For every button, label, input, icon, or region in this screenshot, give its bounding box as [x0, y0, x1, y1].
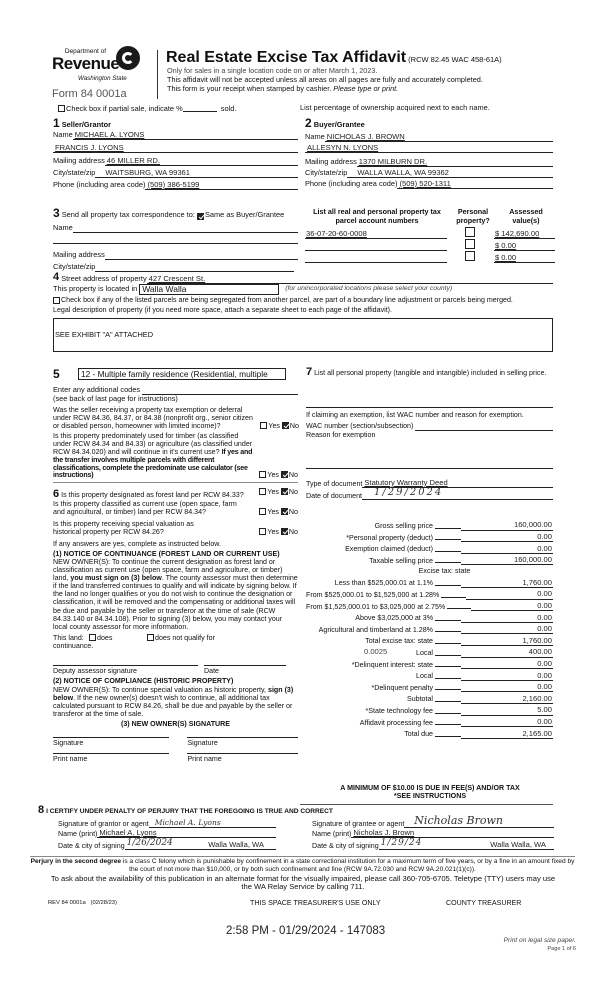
q5-1-yes-checkbox[interactable]: [260, 422, 267, 429]
deputy-date-field[interactable]: Date: [204, 665, 286, 676]
revision-label: REV 84 0001a (02/28/23): [48, 900, 117, 907]
q6-3-yes-checkbox[interactable]: [259, 528, 266, 535]
personal-property-checkbox[interactable]: [465, 227, 475, 237]
grantee-name-field[interactable]: Nicholas J. Brown: [351, 828, 554, 838]
tax-row: Taxable selling price160,000.00: [306, 554, 553, 566]
q5-1-no-checkbox[interactable]: [282, 422, 289, 429]
form-number: Form 84 0001a: [52, 88, 127, 101]
ownership-note: List percentage of ownership acquired ne…: [300, 104, 490, 113]
personal-property-field[interactable]: [306, 378, 553, 408]
revenue-swirl-icon: [116, 46, 140, 70]
seller-section: 1 Seller/Grantor NameMICHAEL A. LYONS FR…: [53, 116, 298, 190]
seller-name1-field[interactable]: MICHAEL A. LYONS: [73, 130, 298, 140]
segregated-checkbox[interactable]: [53, 297, 60, 304]
use-code-select[interactable]: 12 - Multiple family residence (Resident…: [78, 368, 286, 380]
parcel-number-field[interactable]: 36-07-20-60-0008: [305, 229, 447, 239]
property-street-field[interactable]: 427 Crescent St.: [147, 274, 553, 284]
correspondence-mailing-field[interactable]: [105, 259, 298, 260]
tax-row: *State technology fee5.00: [306, 704, 553, 716]
tax-value: 0.00: [466, 589, 553, 599]
buyer-phone-field[interactable]: (509) 520-1311: [397, 179, 553, 189]
grantor-name-field[interactable]: Michael A. Lyons: [97, 828, 276, 838]
exemption-reason-field[interactable]: [306, 439, 553, 469]
tax-value: 0.00: [461, 613, 553, 623]
buyer-section: 2 Buyer/Grantee NameNICHOLAS J. BROWN AL…: [305, 116, 553, 189]
header-divider: [157, 50, 158, 99]
perjury-note: Perjury in the second degree is a class …: [30, 856, 575, 873]
tax-value: 2,165.00: [461, 729, 553, 739]
tax-calculation: Gross selling price160,000.00*Personal p…: [306, 519, 553, 739]
tax-value: 160,000.00: [461, 520, 553, 530]
tax-value: 5.00: [461, 705, 553, 715]
q6-1-no-checkbox[interactable]: [281, 488, 288, 495]
correspondence-section: 3 Send all property tax correspondence t…: [53, 204, 298, 272]
tax-row: From $1,525,000.01 to $3,025,000 at 2.75…: [306, 600, 553, 612]
correspondence-name-field[interactable]: [73, 232, 298, 233]
assessed-value-field[interactable]: $ 142,690.00: [494, 229, 555, 239]
local-rate: 0.0025: [364, 647, 387, 656]
tax-row: Above $3,025,000 at 3%0.00: [306, 611, 553, 623]
tax-row: Total due2,165.00: [306, 727, 553, 739]
print-note: Print on legal size paper.: [504, 937, 576, 945]
personal-property-checkbox[interactable]: [465, 251, 475, 261]
grantee-signature-field[interactable]: Nicholas Brown: [404, 814, 554, 828]
tax-row: Subtotal2,160.00: [306, 692, 553, 704]
section7: 7 List all personal property (tangible a…: [306, 368, 553, 500]
partial-sale-percent-input[interactable]: [183, 104, 217, 112]
accessibility-note: To ask about the availability of this pu…: [48, 875, 558, 891]
page-number: Page 1 of 6: [547, 946, 576, 953]
personal-property-checkbox[interactable]: [465, 239, 475, 249]
tax-value: 0.00: [461, 624, 553, 634]
land-does-checkbox[interactable]: [89, 634, 96, 641]
wac-number-field[interactable]: [415, 430, 553, 431]
treasurer-use-label: THIS SPACE TREASURER'S USE ONLY: [250, 899, 381, 908]
q6-2-yes-checkbox[interactable]: [259, 508, 266, 515]
seller-city-field[interactable]: WAITSBURG, WA 99361: [95, 168, 298, 178]
land-does-not-checkbox[interactable]: [147, 634, 154, 641]
buyer-name1-field[interactable]: NICHOLAS J. BROWN: [325, 132, 553, 142]
legal-description-box[interactable]: SEE EXHIBIT "A" ATTACHED: [53, 318, 553, 352]
section8: 8 I CERTIFY UNDER PENALTY OF PERJURY THA…: [38, 804, 558, 850]
tax-row: From $525,000.01 to $1,525,000 at 1.28%0…: [306, 588, 553, 600]
tax-row: *Delinquent interest: state0.00: [306, 658, 553, 670]
tax-row: Total excise tax: state1,760.00: [306, 634, 553, 646]
tax-row: Affidavit processing fee0.00: [306, 716, 553, 728]
grantee-date-city-field[interactable]: 1/29/24Walla Walla, WA: [379, 838, 554, 850]
assessed-value-field[interactable]: $ 0.00: [494, 241, 555, 251]
tax-value: 2,160.00: [461, 694, 553, 704]
assessed-value-field[interactable]: $ 0.00: [494, 253, 555, 263]
q6-3-no-checkbox[interactable]: [281, 528, 288, 535]
tax-row: *Personal property (deduct)0.00: [306, 531, 553, 543]
correspondence-name2-field[interactable]: [53, 243, 298, 244]
page-title: Real Estate Excise Tax Affidavit (RCW 82…: [166, 48, 502, 67]
seller-mailing-field[interactable]: 46 MILLER RD.: [105, 156, 298, 166]
grantor-signature-field[interactable]: Michael A. Lyons: [149, 818, 276, 828]
tax-value: 0.00: [461, 671, 553, 681]
section5: 5 12 - Multiple family residence (Reside…: [53, 367, 298, 483]
buyer-name2-field[interactable]: ALLESYN N. LYONS: [305, 143, 553, 153]
parcel-row: 36-07-20-60-0008$ 142,690.00: [305, 227, 555, 239]
q6-1-yes-checkbox[interactable]: [259, 488, 266, 495]
county-treasurer-label: COUNTY TREASURER: [446, 899, 521, 908]
parcel-number-field[interactable]: [305, 250, 447, 251]
section6: 6 Is this property designated as forest …: [53, 488, 298, 764]
tax-value: 0.00: [461, 659, 553, 669]
deputy-signature-field[interactable]: Deputy assessor signature: [53, 665, 198, 676]
property-location-select[interactable]: Walla Walla: [139, 284, 279, 295]
tax-row: Exemption claimed (deduct)0.00: [306, 542, 553, 554]
tax-row: Agricultural and timberland at 1.28%0.00: [306, 623, 553, 635]
partial-sale-row: Check box if partial sale, indicate % so…: [58, 104, 236, 114]
tax-value: 0.00: [461, 682, 553, 692]
new-owner-print1-field[interactable]: Print name: [53, 753, 169, 764]
partial-sale-checkbox[interactable]: [58, 105, 65, 112]
seller-name2-field[interactable]: FRANCIS J. LYONS: [53, 143, 298, 153]
tax-value: 1,760.00: [461, 636, 553, 646]
minimum-note: A MINIMUM OF $10.00 IS DUE IN FEE(S) AND…: [300, 784, 560, 800]
q5-2-no-checkbox[interactable]: [281, 471, 288, 478]
cashier-stamp: 2:58 PM - 01/29/2024 - 147083: [226, 925, 385, 939]
tax-row: Local0.00: [306, 669, 553, 681]
q5-2-yes-checkbox[interactable]: [259, 471, 266, 478]
dept-line3: Washington State: [78, 75, 127, 82]
parcels-table: List all real and personal property tax …: [305, 208, 555, 263]
tax-value: 1,760.00: [461, 578, 553, 588]
parcel-row: $ 0.00: [305, 251, 555, 263]
new-owner-signature2-field[interactable]: Signature: [187, 737, 298, 748]
tax-row: *Delinquent penalty0.00: [306, 681, 553, 693]
parcel-row: $ 0.00: [305, 239, 555, 251]
grantor-date-city-field[interactable]: 1/26/2024Walla Walla, WA: [125, 838, 276, 850]
tax-value: 160,000.00: [461, 555, 553, 565]
tax-value: 0.00: [471, 601, 554, 611]
tax-row: Less than $525,000.01 at 1.1%1,760.00: [306, 576, 553, 588]
tax-value: 0.00: [461, 544, 553, 554]
new-owner-print2-field[interactable]: Print name: [187, 753, 298, 764]
buyer-city-field[interactable]: WALLA WALLA, WA 99362: [347, 168, 553, 178]
header-notes: Only for sales in a single location code…: [167, 66, 483, 93]
same-as-buyer-checkbox[interactable]: [197, 213, 204, 220]
document-date-field[interactable]: 1/29/2024: [362, 487, 553, 500]
dept-line2: Revenue: [52, 54, 119, 74]
new-owner-signature1-field[interactable]: Signature: [53, 737, 169, 748]
parcel-number-field[interactable]: [305, 262, 447, 263]
tax-value: 0.00: [461, 717, 553, 727]
property-section: 4 Street address of property427 Crescent…: [53, 272, 553, 352]
seller-phone-field[interactable]: (509) 386-5199: [145, 180, 298, 190]
tax-value: 0.00: [461, 532, 553, 542]
buyer-mailing-field[interactable]: 1370 MILBURN DR.: [357, 157, 553, 167]
q6-2-no-checkbox[interactable]: [281, 508, 288, 515]
local-tax-value: 400.00: [461, 647, 553, 657]
tax-row: Gross selling price160,000.00: [306, 519, 553, 531]
